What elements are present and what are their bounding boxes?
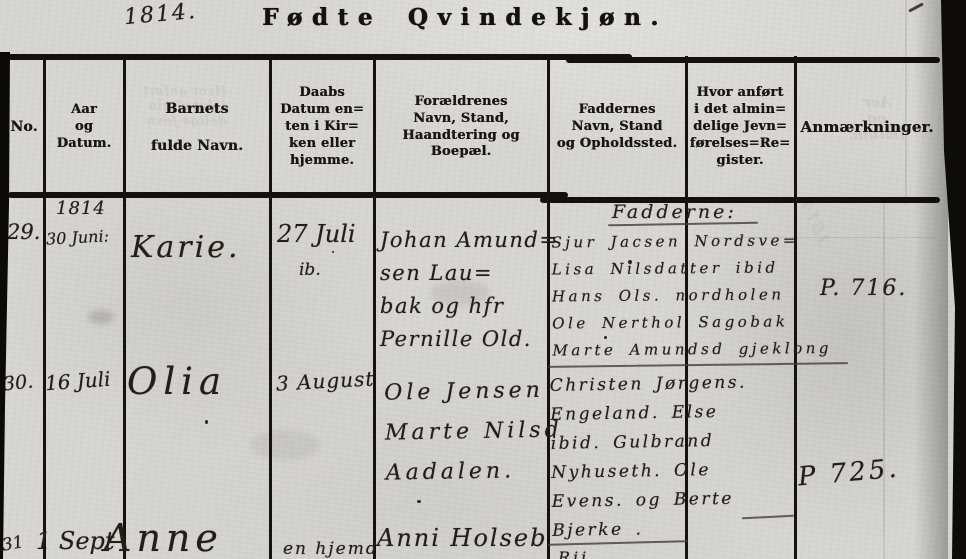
ink-speck [205, 420, 208, 424]
scan-edge-left [0, 52, 10, 559]
scanned-parish-register-page: Hvor anført i det almin delige Jevn Aar … [0, 0, 966, 559]
birth-date: 1 Sept [36, 527, 115, 555]
column-header-aar-og-datum: Aar og Datum. [46, 60, 122, 195]
baptism-date: 27 Juli [277, 220, 356, 248]
column-header-no: No. [6, 60, 42, 195]
birth-date: 30 Juni: [46, 226, 110, 248]
column-header-faddernes: Faddernes Navn, Stand og Opholdssted. [551, 60, 683, 195]
godparents-names: Christen Jørgens. Engeland. Else ibid. G… [549, 368, 772, 546]
baptism-date: 3 August [275, 366, 375, 395]
smudge [88, 310, 114, 324]
ink-speck [604, 336, 607, 339]
godparents-names: Rii [558, 548, 589, 559]
register-page-reference: P 725. [797, 454, 901, 493]
column-header-daabs-datum: Daabs Datum en= ten i Kir= ken eller hje… [272, 60, 372, 195]
smudge [430, 280, 490, 306]
register-page-reference: P. 716. [820, 276, 907, 301]
child-name: Olia [127, 360, 227, 403]
smudge [250, 430, 320, 460]
column-header-foraeldrenes: Forældrenes Navn, Stand, Haandtering og … [377, 60, 545, 195]
child-name: Anne [104, 516, 223, 559]
child-name: Karie. [131, 230, 241, 265]
column-header-jevnfoerelses-register: Hvor anført i det almin= delige Jevn= fø… [688, 60, 792, 195]
birth-date: 16 Juli [44, 367, 111, 396]
baptism-note: ib. [299, 260, 321, 280]
entry-number: 31 [0, 532, 25, 555]
entry-number: 29. [7, 220, 40, 244]
parents-names: Anni Holseb [377, 524, 548, 552]
ink-speck [417, 500, 421, 503]
ink-speck [332, 251, 334, 253]
column-header-barnets-navn: Barnets fulde Navn. [126, 60, 268, 195]
header-bottom-border [540, 197, 940, 203]
ink-speck [628, 260, 632, 264]
column-divider [373, 56, 376, 559]
baptism-date: en hjemd [283, 539, 379, 559]
godparents-heading: Fadderne: [612, 201, 737, 223]
entry-year: 1814 [56, 198, 106, 219]
year-annotation: 1814. [123, 0, 198, 30]
parents-names: Ole Jensen Marte Nilsd Aadalen. [384, 370, 566, 493]
page-title: Fødte Qvindekjøn. [250, 4, 680, 31]
bleedthrough-fold-line [883, 200, 885, 559]
entry-number: 30. [2, 370, 34, 395]
